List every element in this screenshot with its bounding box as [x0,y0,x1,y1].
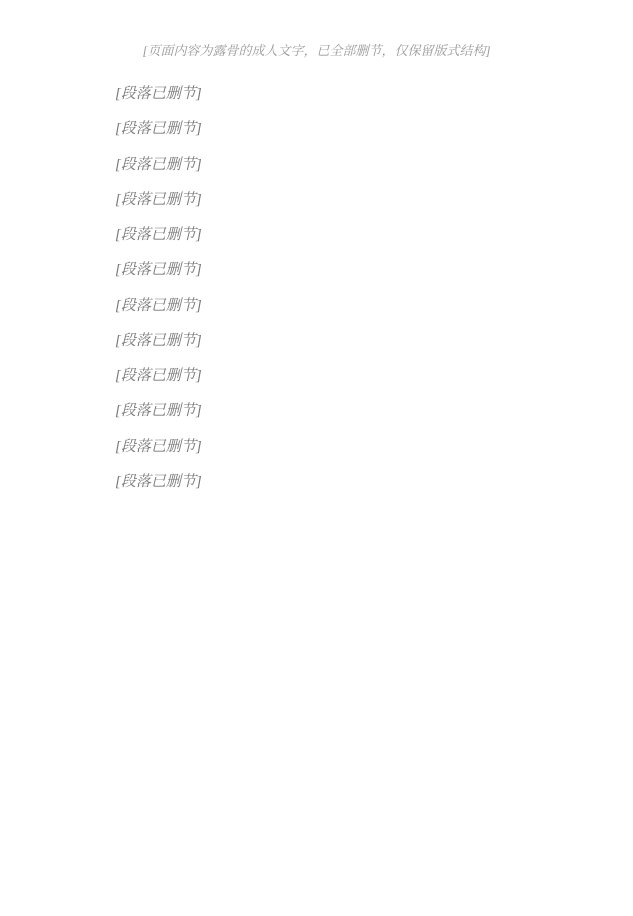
paragraph: [段落已删节] [85,183,548,218]
paragraph-list: [段落已删节][段落已删节][段落已删节][段落已删节][段落已删节][段落已删… [85,77,548,500]
document-page: [页面内容为露骨的成人文字，已全部删节，仅保留版式结构] [段落已删节][段落已… [0,0,633,916]
paragraph: [段落已删节] [85,430,548,465]
paragraph: [段落已删节] [85,218,548,253]
paragraph: [段落已删节] [85,394,548,429]
paragraph: [段落已删节] [85,465,548,500]
paragraph: [段落已删节] [85,324,548,359]
paragraph: [段落已删节] [85,112,548,147]
paragraph: [段落已删节] [85,359,548,394]
redaction-note: [页面内容为露骨的成人文字，已全部删节，仅保留版式结构] [85,40,548,59]
paragraph: [段落已删节] [85,253,548,288]
paragraph: [段落已删节] [85,148,548,183]
paragraph: [段落已删节] [85,289,548,324]
paragraph: [段落已删节] [85,77,548,112]
